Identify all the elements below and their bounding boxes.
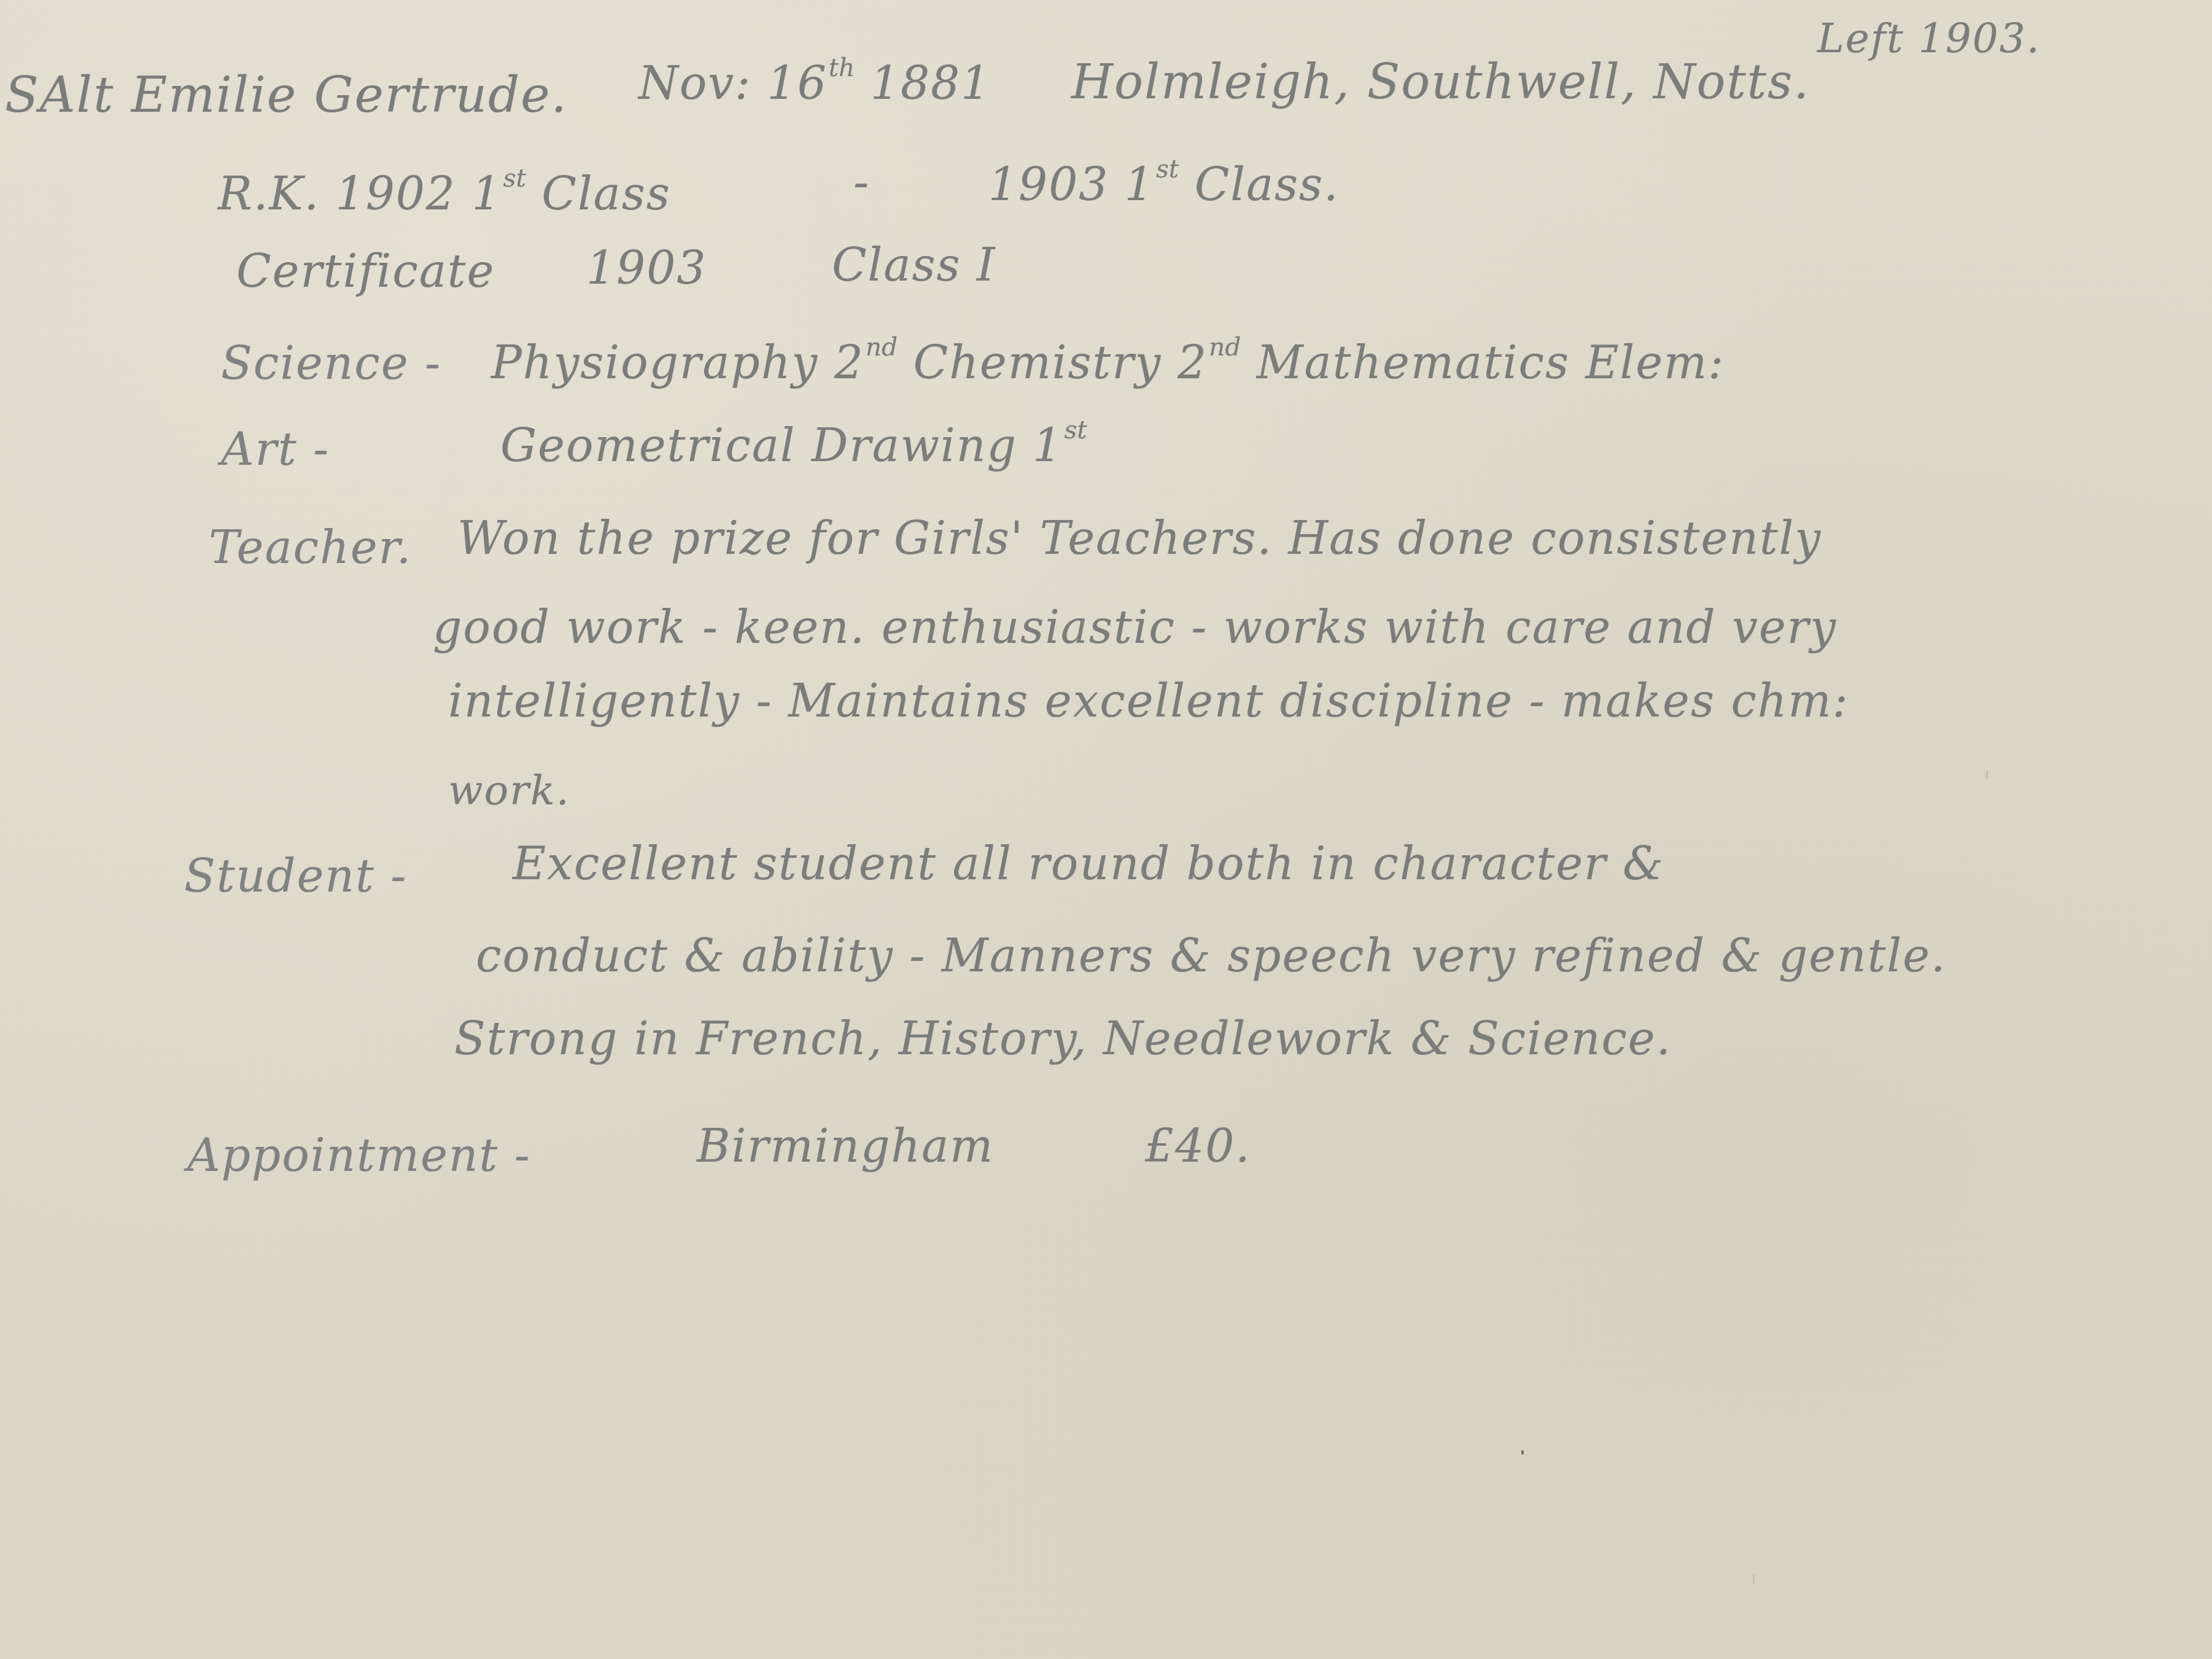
paper-fiber [1986,771,1988,779]
art-subject: Geometrical Drawing 1st [500,418,1087,468]
surname: SAlt [5,66,114,123]
rk-1902-year: 1902 [336,168,456,220]
student-comment-line-2: conduct & ability - Manners & speech ver… [476,933,1947,979]
forenames: Emilie Gertrude. [131,66,568,123]
rk-1902-class: Class [541,168,670,220]
rk-dash: - [853,160,870,205]
appointment-salary: £40. [1145,1124,1251,1169]
rk-1902-ordinal: st [503,163,526,193]
certificate-class: Class I [832,243,996,288]
teacher-label: Teacher. [209,525,412,570]
paper-fiber [1753,1575,1755,1583]
teacher-comment-line-3: intelligently - Maintains excellent disc… [448,678,1849,724]
art-label: Art - [221,427,330,472]
rk-1903-results: 1903 1st Class. [988,157,1340,208]
teacher-comment-line-2: good work - keen. enthusiastic - works w… [433,605,1837,650]
birth-date-ordinal: th [829,53,855,82]
rk-label: R.K. [218,168,320,220]
rk-1903-year: 1903 [988,158,1109,211]
appointment-label: Appointment - [187,1133,531,1178]
rk-1903-rank: 1 [1125,158,1155,211]
science-mathematics: Mathematics Elem: [1257,336,1725,389]
art-geometrical-drawing: Geometrical Drawing 1 [500,419,1063,472]
student-name: SAlt Emilie Gertrude. [5,71,568,120]
student-comment-line-1: Excellent student all round both in char… [513,841,1664,887]
rk-results: R.K. 1902 1st Class [218,166,671,217]
birth-date: Nov: 16th 1881 [638,55,991,106]
certificate-label: Certificate [236,249,495,294]
teacher-comment-line-4: work. [448,771,570,811]
rk-1902-rank: 1 [472,168,502,220]
paper-speck [1521,1450,1524,1455]
student-comment-line-3: Strong in French, History, Needlework & … [454,1016,1672,1062]
rk-1903-class: Class. [1195,158,1340,211]
science-subjects: Physiography 2nd Chemistry 2nd Mathemati… [491,335,1725,386]
science-chemistry: Chemistry 2 [914,336,1208,389]
birth-date-day: Nov: 16 [638,57,828,110]
science-label: Science - [221,341,441,386]
art-ordinal: st [1064,415,1087,445]
appointment-place: Birmingham [697,1124,994,1169]
birth-year: 1881 [871,57,991,110]
chemistry-ordinal: nd [1209,332,1241,362]
physiography-ordinal: nd [866,332,898,362]
rk-1903-ordinal: st [1156,154,1179,184]
certificate-year: 1903 [586,246,707,291]
home-address: Holmleigh, Southwell, Notts. [1071,58,1810,106]
student-label: Student - [184,853,407,899]
teacher-comment-line-1: Won the prize for Girls' Teachers. Has d… [457,516,1822,561]
science-physiography: Physiography 2 [491,336,864,389]
register-page: SAlt Emilie Gertrude. Nov: 16th 1881 Hol… [0,0,2212,1659]
left-annotation: Left 1903. [1817,18,2041,59]
